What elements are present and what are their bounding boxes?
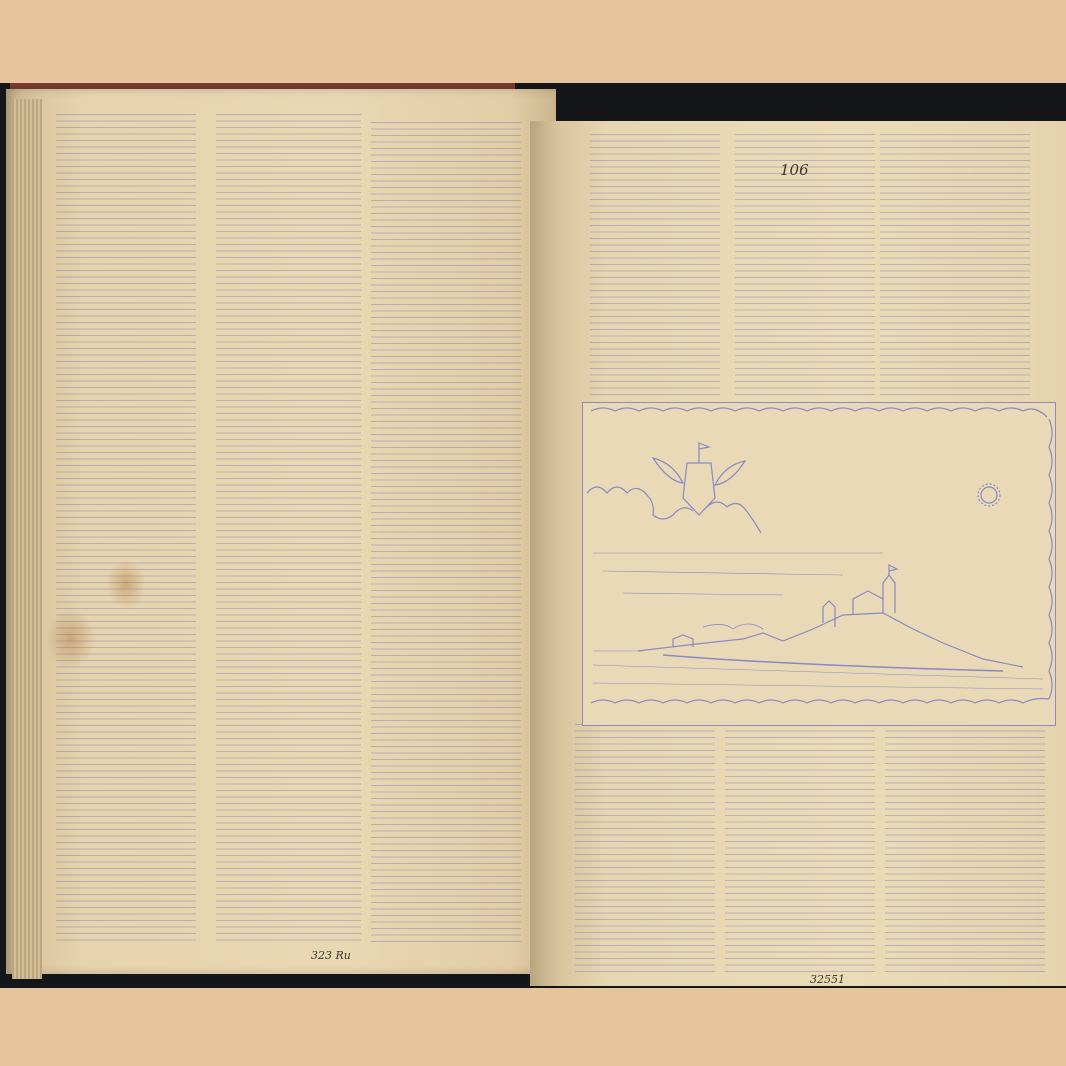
footer-number: 323 Ru [311, 949, 351, 962]
text-column [885, 721, 1045, 976]
text-column [371, 119, 521, 944]
paper-stain [46, 609, 96, 669]
text-column [590, 131, 720, 396]
page-number: 106 [780, 161, 809, 179]
page-edges [12, 99, 42, 979]
sketch-illustration [583, 403, 1055, 725]
text-column [725, 721, 875, 976]
paper-stain [106, 559, 146, 609]
illustration-frame [582, 402, 1056, 726]
text-column [575, 721, 715, 976]
text-column [56, 111, 196, 946]
text-column [880, 131, 1030, 396]
footer-number: 32551 [810, 973, 845, 986]
text-column [216, 111, 361, 946]
left-page: 323 Ru [6, 89, 556, 974]
